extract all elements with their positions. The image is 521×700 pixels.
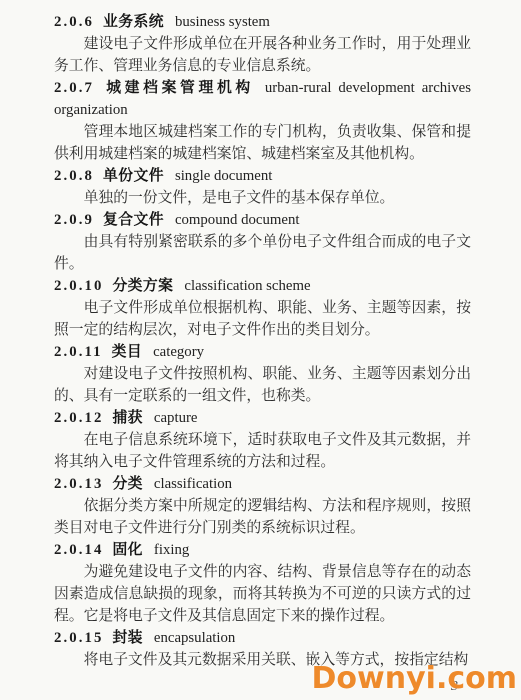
term-heading: 2.0.13分类classification <box>54 473 471 495</box>
term-definition: 在电子信息系统环境下，适时获取电子文件及其元数据，并将其纳入电子文件管理系统的方… <box>54 429 471 473</box>
term-chinese: 捕获 <box>112 410 142 426</box>
term-definition: 对建设电子文件按照机构、职能、业务、主题等因素划分出的、具有一定联系的一组文件，… <box>54 363 471 407</box>
term-definition: 由具有特别紧密联系的多个单份电子文件组合而成的电子文件。 <box>54 231 471 275</box>
term-definition: 为避免建设电子文件的内容、结构、背景信息等存在的动态因素造成信息缺损的现象，而将… <box>54 561 471 627</box>
term-english: business system <box>175 14 270 30</box>
term-english: fixing <box>154 542 189 558</box>
term-definition: 管理本地区城建档案工作的专门机构，负责收集、保管和提供利用城建档案的城建档案馆、… <box>54 121 471 165</box>
term-heading: 2.0.9复合文件compound document <box>54 209 471 231</box>
term-entry: 2.0.14固化fixing 为避免建设电子文件的内容、结构、背景信息等存在的动… <box>54 539 471 627</box>
term-number: 2.0.12 <box>54 410 103 426</box>
term-entry: 2.0.11类目category 对建设电子文件按照机构、职能、业务、主题等因素… <box>54 341 471 407</box>
term-chinese: 单份文件 <box>103 168 164 184</box>
term-english: capture <box>154 410 198 426</box>
term-number: 2.0.8 <box>54 168 94 184</box>
term-english: compound document <box>175 212 300 228</box>
term-heading: 2.0.14固化fixing <box>54 539 471 561</box>
term-entry: 2.0.8单份文件single document 单独的一份文件，是电子文件的基… <box>54 165 471 209</box>
term-heading: 2.0.7城建档案管理机构urban-rural development arc… <box>54 77 471 121</box>
term-definition: 建设电子文件形成单位在开展各种业务工作时，用于处理业务工作、管理业务信息的专业信… <box>54 33 471 77</box>
term-heading: 2.0.12捕获capture <box>54 407 471 429</box>
term-chinese: 类目 <box>112 344 142 360</box>
term-definition: 电子文件形成单位根据机构、职能、业务、主题等因素，按照一定的结构层次，对电子文件… <box>54 297 471 341</box>
term-chinese: 固化 <box>112 542 142 558</box>
term-number: 2.0.7 <box>54 80 94 96</box>
term-english: encapsulation <box>154 630 235 646</box>
term-number: 2.0.13 <box>54 476 103 492</box>
term-definition: 单独的一份文件，是电子文件的基本保存单位。 <box>54 187 471 209</box>
term-entry: 2.0.9复合文件compound document 由具有特别紧密联系的多个单… <box>54 209 471 275</box>
term-heading: 2.0.10分类方案classification scheme <box>54 275 471 297</box>
term-entry: 2.0.13分类classification 依据分类方案中所规定的逻辑结构、方… <box>54 473 471 539</box>
terminology-list: 2.0.6业务系统business system 建设电子文件形成单位在开展各种… <box>54 11 471 671</box>
term-number: 2.0.11 <box>54 344 103 360</box>
term-entry: 2.0.10分类方案classification scheme 电子文件形成单位… <box>54 275 471 341</box>
term-chinese: 分类 <box>112 476 142 492</box>
term-heading: 2.0.11类目category <box>54 341 471 363</box>
term-english: single document <box>175 168 272 184</box>
term-number: 2.0.10 <box>54 278 103 294</box>
term-number: 2.0.14 <box>54 542 103 558</box>
term-number: 2.0.9 <box>54 212 94 228</box>
document-page: 2.0.6业务系统business system 建设电子文件形成单位在开展各种… <box>0 0 521 700</box>
term-chinese: 业务系统 <box>103 14 164 30</box>
term-chinese: 复合文件 <box>103 212 164 228</box>
term-chinese: 封装 <box>112 630 142 646</box>
term-entry: 2.0.7城建档案管理机构urban-rural development arc… <box>54 77 471 165</box>
term-english: category <box>153 344 204 360</box>
term-entry: 2.0.12捕获capture 在电子信息系统环境下，适时获取电子文件及其元数据… <box>54 407 471 473</box>
term-english: classification <box>154 476 232 492</box>
term-heading: 2.0.15封装encapsulation <box>54 627 471 649</box>
term-number: 2.0.6 <box>54 14 94 30</box>
term-entry: 2.0.6业务系统business system 建设电子文件形成单位在开展各种… <box>54 11 471 77</box>
downyi-watermark: Downyi.com <box>312 663 517 695</box>
term-number: 2.0.15 <box>54 630 103 646</box>
term-chinese: 分类方案 <box>112 278 173 294</box>
term-chinese: 城建档案管理机构 <box>103 80 254 96</box>
term-definition: 依据分类方案中所规定的逻辑结构、方法和程序规则，按照类目对电子文件进行分门别类的… <box>54 495 471 539</box>
term-heading: 2.0.6业务系统business system <box>54 11 471 33</box>
term-heading: 2.0.8单份文件single document <box>54 165 471 187</box>
term-english: classification scheme <box>184 278 310 294</box>
